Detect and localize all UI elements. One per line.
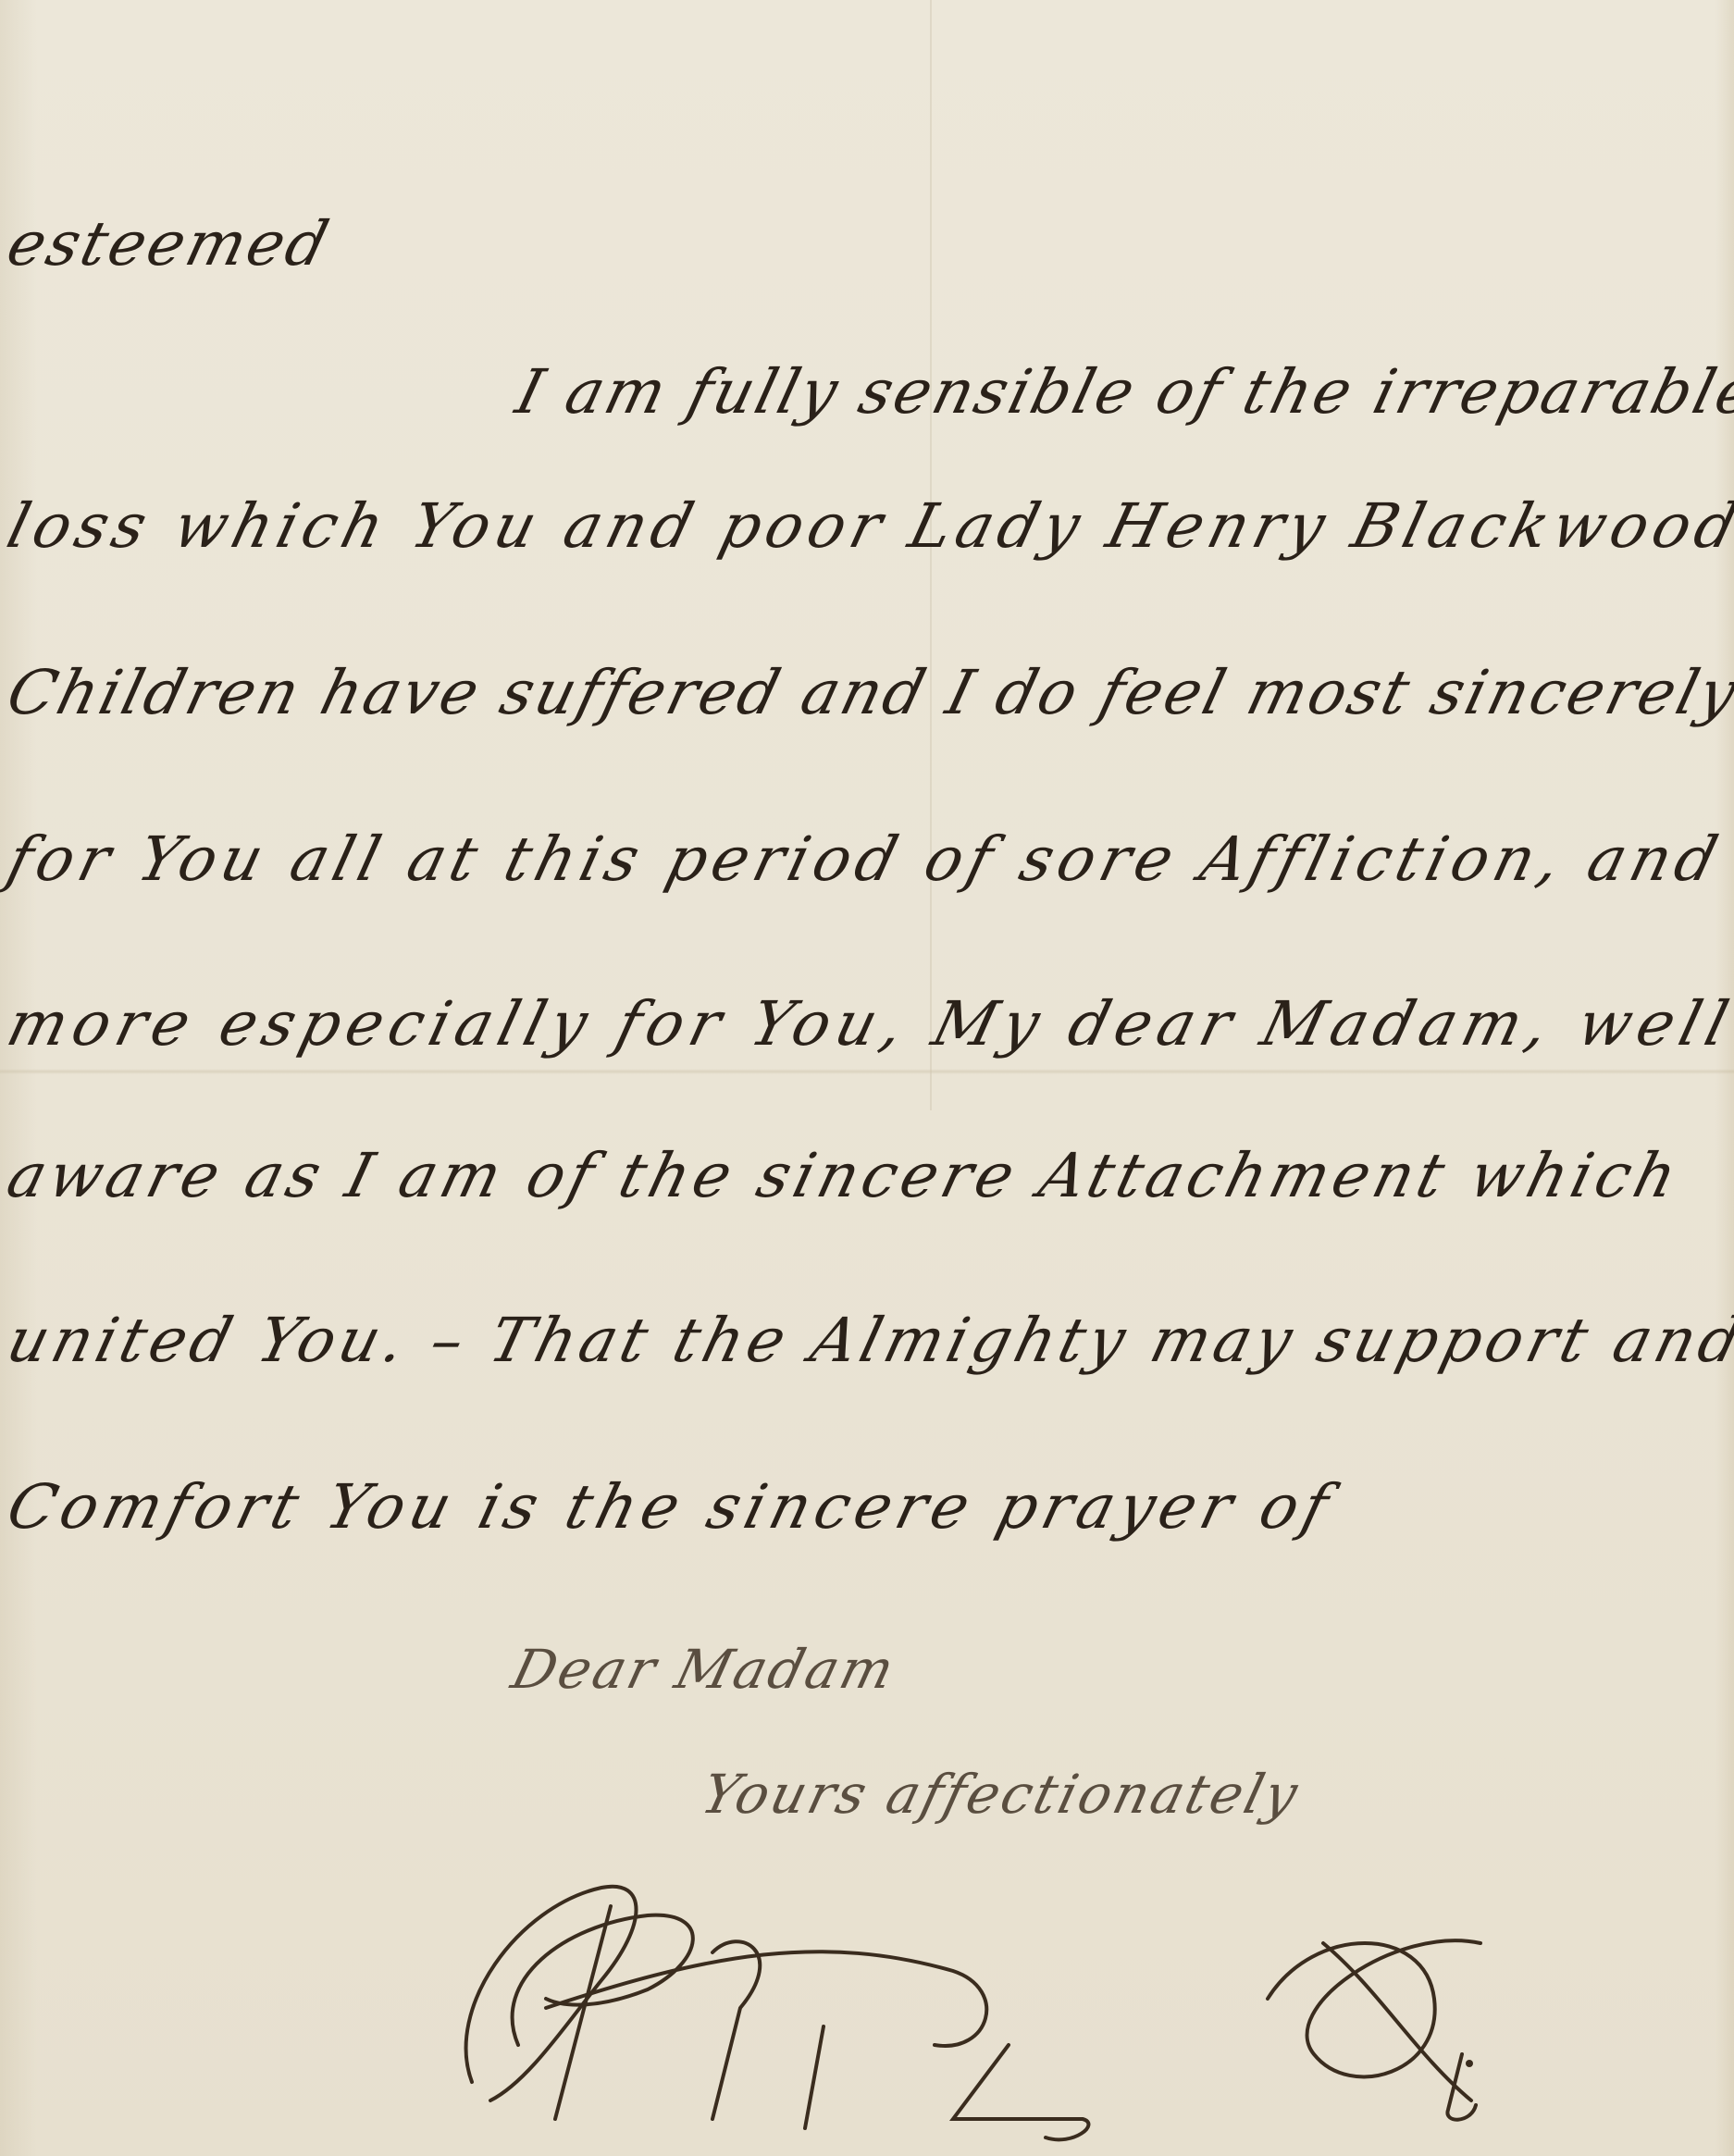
signature: William R. [435,1869,1638,2147]
letter-page: esteemed I am fully sensible of the irre… [0,0,1734,2156]
letter-line-6: more especially for You, My dear Madam, … [0,988,1734,1059]
letter-line-5: for You all at this period of sore Affli… [0,824,1729,895]
letter-line-7: aware as I am of the sincere Attachment … [0,1140,1688,1211]
letter-line-3: loss which You and poor Lady Henry Black… [0,490,1734,562]
letter-line-4: Children have suffered and I do feel mos… [0,657,1734,728]
closing-valediction: Yours affectionately [696,1763,1307,1826]
letter-line-9: Comfort You is the sincere prayer of [0,1471,1341,1543]
horizontal-fold-crease [0,1069,1734,1074]
paper-edge-shadow [1715,0,1734,2156]
letter-line-8: united You. – That the Almighty may supp… [0,1305,1734,1376]
closing-salutation: Dear Madam [506,1638,903,1701]
letter-line-1: esteemed [0,208,338,279]
letter-line-2: I am fully sensible of the irreparable [509,356,1734,427]
